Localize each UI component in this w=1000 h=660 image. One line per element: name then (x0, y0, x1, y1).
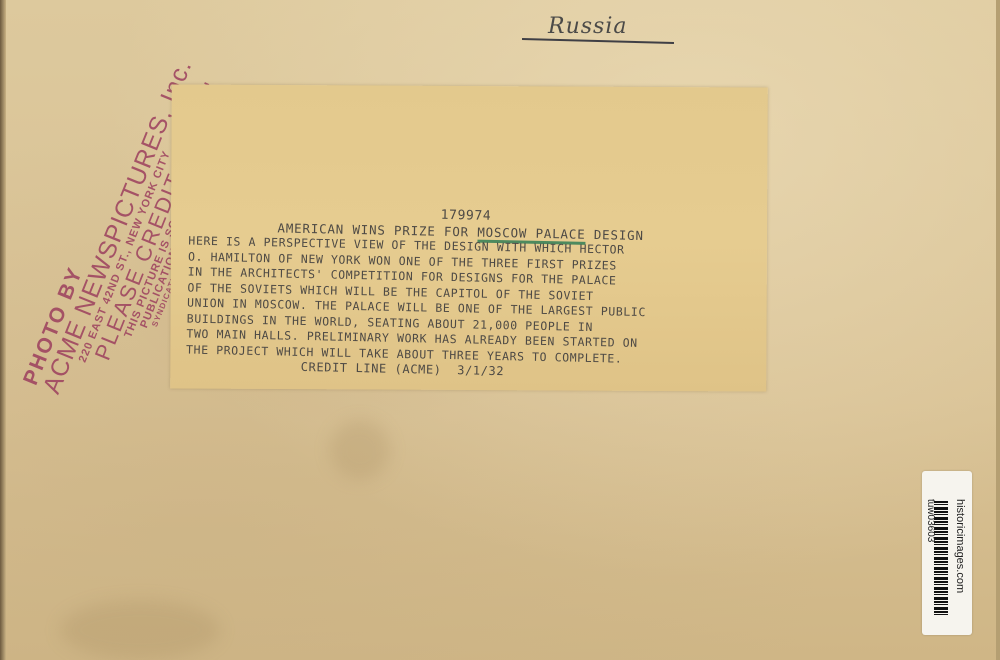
photo-edge (0, 0, 6, 660)
barcode-icon (934, 501, 948, 617)
photo-edge-right (996, 0, 1000, 660)
credit-line: CREDIT LINE (ACME) (301, 360, 442, 377)
barcode-label: historicimages.com tuw03603 (922, 471, 972, 635)
caption-text: 179974 AMERICAN WINS PRIZE FOR MOSCOW PA… (186, 203, 753, 385)
barcode-id: tuw03603 (925, 499, 936, 542)
stain (60, 600, 220, 660)
handwritten-note: Russia (548, 14, 627, 39)
headline-part: DESIGN (585, 226, 644, 242)
stain (330, 420, 390, 480)
caption-slip: 179974 AMERICAN WINS PRIZE FOR MOSCOW PA… (170, 84, 768, 391)
caption-date: 3/1/32 (457, 363, 504, 378)
barcode-site: historicimages.com (954, 499, 966, 593)
